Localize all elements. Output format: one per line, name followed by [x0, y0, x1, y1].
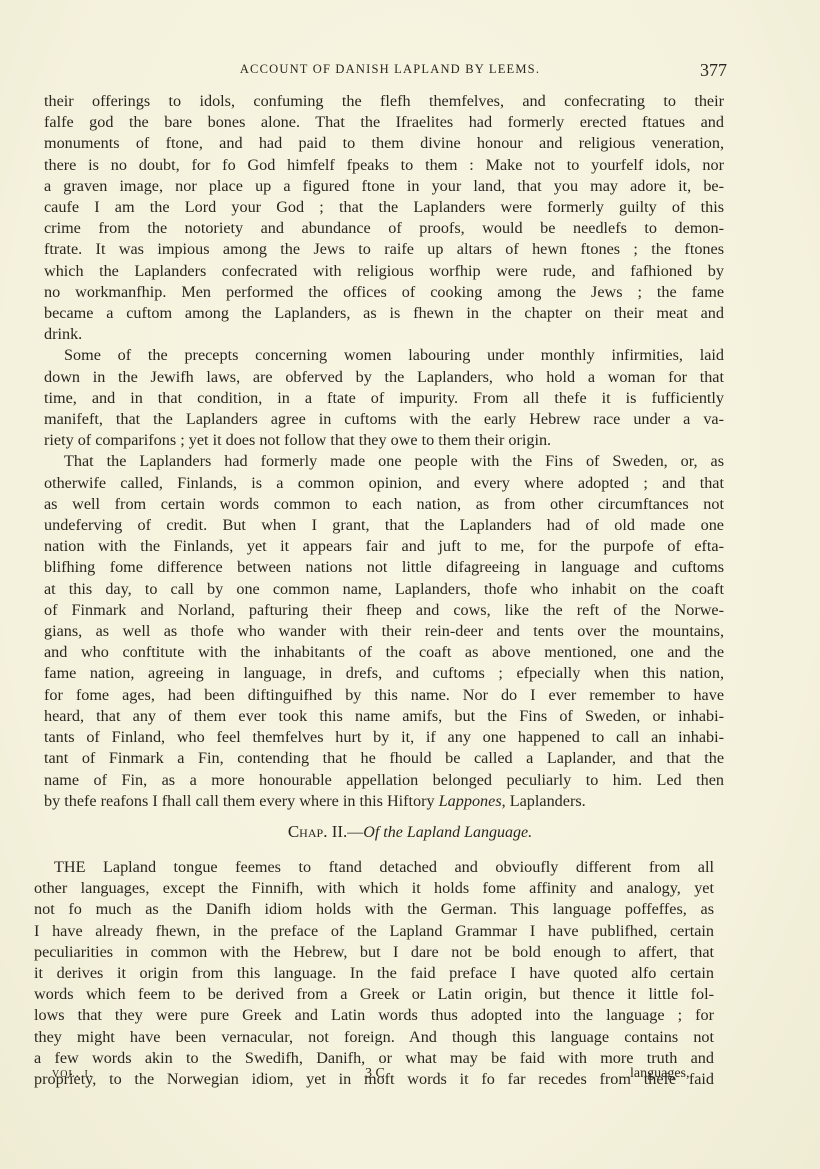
chapter-label: Chap. II.	[288, 822, 347, 841]
text-line: tants of Finland, who feel themfelves hu…	[44, 727, 724, 748]
text-line: THE Lapland tongue feemes to ftand detac…	[34, 857, 714, 878]
text-line: gians, as well as thofe who wander with …	[44, 621, 724, 642]
text-line: falfe god the bare bones alone. That the…	[44, 112, 724, 133]
text-line: I have already fhewn, in the preface of …	[34, 921, 714, 942]
text-line: which the Laplanders confecrated with re…	[44, 261, 724, 282]
text-line: caufe I am the Lord your God ; that the …	[44, 197, 724, 218]
text-line: drink.	[44, 324, 724, 345]
book-page: ACCOUNT OF DANISH LAPLAND BY LEEMS. 377 …	[0, 0, 820, 1169]
text-line: crime from the notoriety and abundance o…	[44, 218, 724, 239]
text-line: Some of the precepts concerning women la…	[44, 345, 724, 366]
text-line: manifeft, that the Laplanders agree in c…	[44, 409, 724, 430]
text-line: monuments of ftone, and had paid to them…	[44, 133, 724, 154]
text-line: and who conftitute with the inhabitants …	[44, 642, 724, 663]
text-line: peculiarities in common with the Hebrew,…	[34, 942, 714, 963]
chapter-heading: Chap. II.—Of the Lapland Language.	[0, 822, 820, 842]
italic-term: Lappones	[439, 792, 502, 810]
running-title: ACCOUNT OF DANISH LAPLAND BY LEEMS.	[205, 62, 575, 77]
text-line: undeferving of credit. But when I grant,…	[44, 515, 724, 536]
text-line: ftrate. It was impious among the Jews to…	[44, 239, 724, 260]
text-line: other languages, except the Finnifh, wit…	[34, 878, 714, 899]
text-line: at this day, to call by one common name,…	[44, 579, 724, 600]
body-text: their offerings to idols, confuming the …	[44, 91, 724, 812]
signature-mark: 3 C	[365, 1066, 385, 1082]
text-line: name of Fin, as a more honourable appell…	[44, 770, 724, 791]
chapter-body-text: THE Lapland tongue feemes to ftand detac…	[34, 857, 714, 1090]
text-line: That the Laplanders had formerly made on…	[44, 451, 724, 472]
volume-label: vol. i.	[52, 1066, 93, 1082]
text-line: time, and in that condition, in a ftate …	[44, 388, 724, 409]
text-line-final: by thefe reafons I fhall call them every…	[44, 791, 724, 812]
text-line: it derives it origin from this language.…	[34, 963, 714, 984]
text-fragment: by thefe reafons I fhall call them every…	[44, 792, 439, 810]
text-line: they might have been vernacular, not for…	[34, 1027, 714, 1048]
text-line: riety of comparifons ; yet it does not f…	[44, 430, 724, 451]
text-line: lows that they were pure Greek and Latin…	[34, 1005, 714, 1026]
text-line: blifhing fome difference between nations…	[44, 557, 724, 578]
text-fragment: , Laplanders.	[502, 792, 586, 810]
text-line: no workmanfhip. Men performed the office…	[44, 282, 724, 303]
text-line: as well from certain words common to eac…	[44, 494, 724, 515]
running-head: ACCOUNT OF DANISH LAPLAND BY LEEMS. 377	[0, 62, 820, 86]
catchword: languages,	[630, 1066, 689, 1082]
text-line: became a cuftom among the Laplanders, as…	[44, 303, 724, 324]
text-line: fame nation, agreeing in language, in dr…	[44, 663, 724, 684]
text-line: words which feem to be derived from a Gr…	[34, 984, 714, 1005]
text-line: otherwife called, Finlands, is a common …	[44, 473, 724, 494]
text-line: there is no doubt, for fo God himfelf fp…	[44, 155, 724, 176]
text-line: for fome ages, had been diftinguifhed by…	[44, 685, 724, 706]
text-line: of Finmark and Norland, pafturing their …	[44, 600, 724, 621]
text-line: heard, that any of them ever took this n…	[44, 706, 724, 727]
chapter-title: Of the Lapland Language.	[363, 824, 532, 841]
chapter-dash: —	[347, 824, 363, 841]
page-footer: vol. i. 3 C languages,	[0, 1066, 820, 1088]
text-line: not fo much as the Danifh idiom holds wi…	[34, 899, 714, 920]
text-line: tant of Finmark a Fin, contending that h…	[44, 748, 724, 769]
text-line: their offerings to idols, confuming the …	[44, 91, 724, 112]
page-number: 377	[700, 60, 727, 81]
text-line: a graven image, nor place up a figured f…	[44, 176, 724, 197]
text-line: nation with the Finlands, yet it appears…	[44, 536, 724, 557]
text-line: down in the Jewifh laws, are obferved by…	[44, 367, 724, 388]
